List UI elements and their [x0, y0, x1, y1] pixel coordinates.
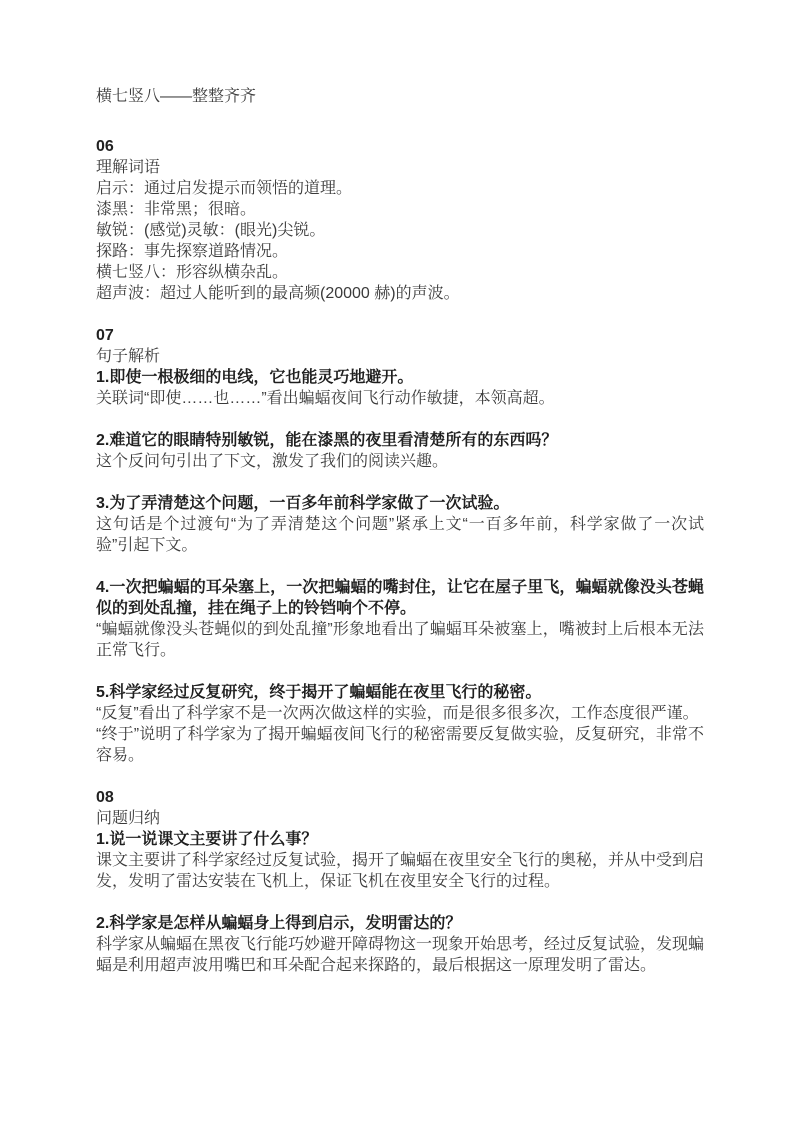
section-title: 理解词语 — [96, 157, 704, 178]
definition-line: 敏锐：(感觉)灵敏：(眼光)尖锐。 — [96, 220, 704, 241]
sentence-entry: 4.一次把蝙蝠的耳朵塞上，一次把蝙蝠的嘴封住，让它在屋子里飞，蝙蝠就像没头苍蝇似… — [96, 577, 704, 661]
section-06-word-understanding: 06 理解词语 启示：通过启发提示而领悟的道理。 漆黑：非常黑；很暗。 敏锐：(… — [96, 136, 704, 304]
analyzed-sentence: 1.即使一根极细的电线，它也能灵巧地避开。 — [96, 367, 704, 388]
analyzed-sentence: 5.科学家经过反复研究，终于揭开了蝙蝠能在夜里飞行的秘密。 — [96, 682, 704, 703]
section-title: 问题归纳 — [96, 808, 704, 829]
section-07-sentence-analysis: 07 句子解析 1.即使一根极细的电线，它也能灵巧地避开。 关联词“即使……也…… — [96, 325, 704, 766]
sentence-analysis: “反复”看出了科学家不是一次两次做这样的实验，而是很多很多次，工作态度很严谨。 — [96, 703, 704, 724]
definition-line: 超声波：超过人能听到的最高频(20000 赫)的声波。 — [96, 283, 704, 304]
sentence-entry: 1.即使一根极细的电线，它也能灵巧地避开。 关联词“即使……也……”看出蝙蝠夜间… — [96, 367, 704, 409]
analyzed-sentence: 3.为了弄清楚这个问题，一百多年前科学家做了一次试验。 — [96, 493, 704, 514]
sentence-entry: 3.为了弄清楚这个问题，一百多年前科学家做了一次试验。 这句话是个过渡句“为了弄… — [96, 493, 704, 556]
analyzed-sentence: 4.一次把蝙蝠的耳朵塞上，一次把蝙蝠的嘴封住，让它在屋子里飞，蝙蝠就像没头苍蝇似… — [96, 577, 704, 619]
document-body: 横七竖八——整整齐齐 06 理解词语 启示：通过启发提示而领悟的道理。 漆黑：非… — [96, 86, 704, 976]
answer-text: 科学家从蝙蝠在黑夜飞行能巧妙避开障碍物这一现象开始思考，经过反复试验，发现蝙蝠是… — [96, 934, 704, 976]
section-number: 08 — [96, 787, 704, 808]
definition-line: 启示：通过启发提示而领悟的道理。 — [96, 178, 704, 199]
intro-line: 横七竖八——整整齐齐 — [96, 86, 704, 107]
sentence-analysis: 这句话是个过渡句“为了弄清楚这个问题”紧承上文“一百多年前，科学家做了一次试验”… — [96, 514, 704, 556]
section-08-question-summary: 08 问题归纳 1.说一说课文主要讲了什么事？ 课文主要讲了科学家经过反复试验，… — [96, 787, 704, 976]
analyzed-sentence: 2.难道它的眼睛特别敏锐，能在漆黑的夜里看清楚所有的东西吗？ — [96, 430, 704, 451]
document-page: 横七竖八——整整齐齐 06 理解词语 启示：通过启发提示而领悟的道理。 漆黑：非… — [0, 0, 793, 1122]
question-entry: 2.科学家是怎样从蝙蝠身上得到启示，发明雷达的？ 科学家从蝙蝠在黑夜飞行能巧妙避… — [96, 913, 704, 976]
sentence-entry: 5.科学家经过反复研究，终于揭开了蝙蝠能在夜里飞行的秘密。 “反复”看出了科学家… — [96, 682, 704, 766]
section-title: 句子解析 — [96, 346, 704, 367]
sentence-analysis: 这个反问句引出了下文，激发了我们的阅读兴趣。 — [96, 451, 704, 472]
question-text: 1.说一说课文主要讲了什么事？ — [96, 829, 704, 850]
question-entry: 1.说一说课文主要讲了什么事？ 课文主要讲了科学家经过反复试验，揭开了蝙蝠在夜里… — [96, 829, 704, 892]
answer-text: 课文主要讲了科学家经过反复试验，揭开了蝙蝠在夜里安全飞行的奥秘，并从中受到启发，… — [96, 850, 704, 892]
definition-line: 漆黑：非常黑；很暗。 — [96, 199, 704, 220]
sentence-entry: 2.难道它的眼睛特别敏锐，能在漆黑的夜里看清楚所有的东西吗？ 这个反问句引出了下… — [96, 430, 704, 472]
section-number: 07 — [96, 325, 704, 346]
question-text: 2.科学家是怎样从蝙蝠身上得到启示，发明雷达的？ — [96, 913, 704, 934]
sentence-analysis: “终于”说明了科学家为了揭开蝙蝠夜间飞行的秘密需要反复做实验，反复研究，非常不容… — [96, 724, 704, 766]
section-number: 06 — [96, 136, 704, 157]
definition-line: 探路：事先探察道路情况。 — [96, 241, 704, 262]
sentence-analysis: “蝙蝠就像没头苍蝇似的到处乱撞”形象地看出了蝙蝠耳朵被塞上，嘴被封上后根本无法正… — [96, 619, 704, 661]
definition-line: 横七竖八：形容纵横杂乱。 — [96, 262, 704, 283]
sentence-analysis: 关联词“即使……也……”看出蝙蝠夜间飞行动作敏捷，本领高超。 — [96, 388, 704, 409]
